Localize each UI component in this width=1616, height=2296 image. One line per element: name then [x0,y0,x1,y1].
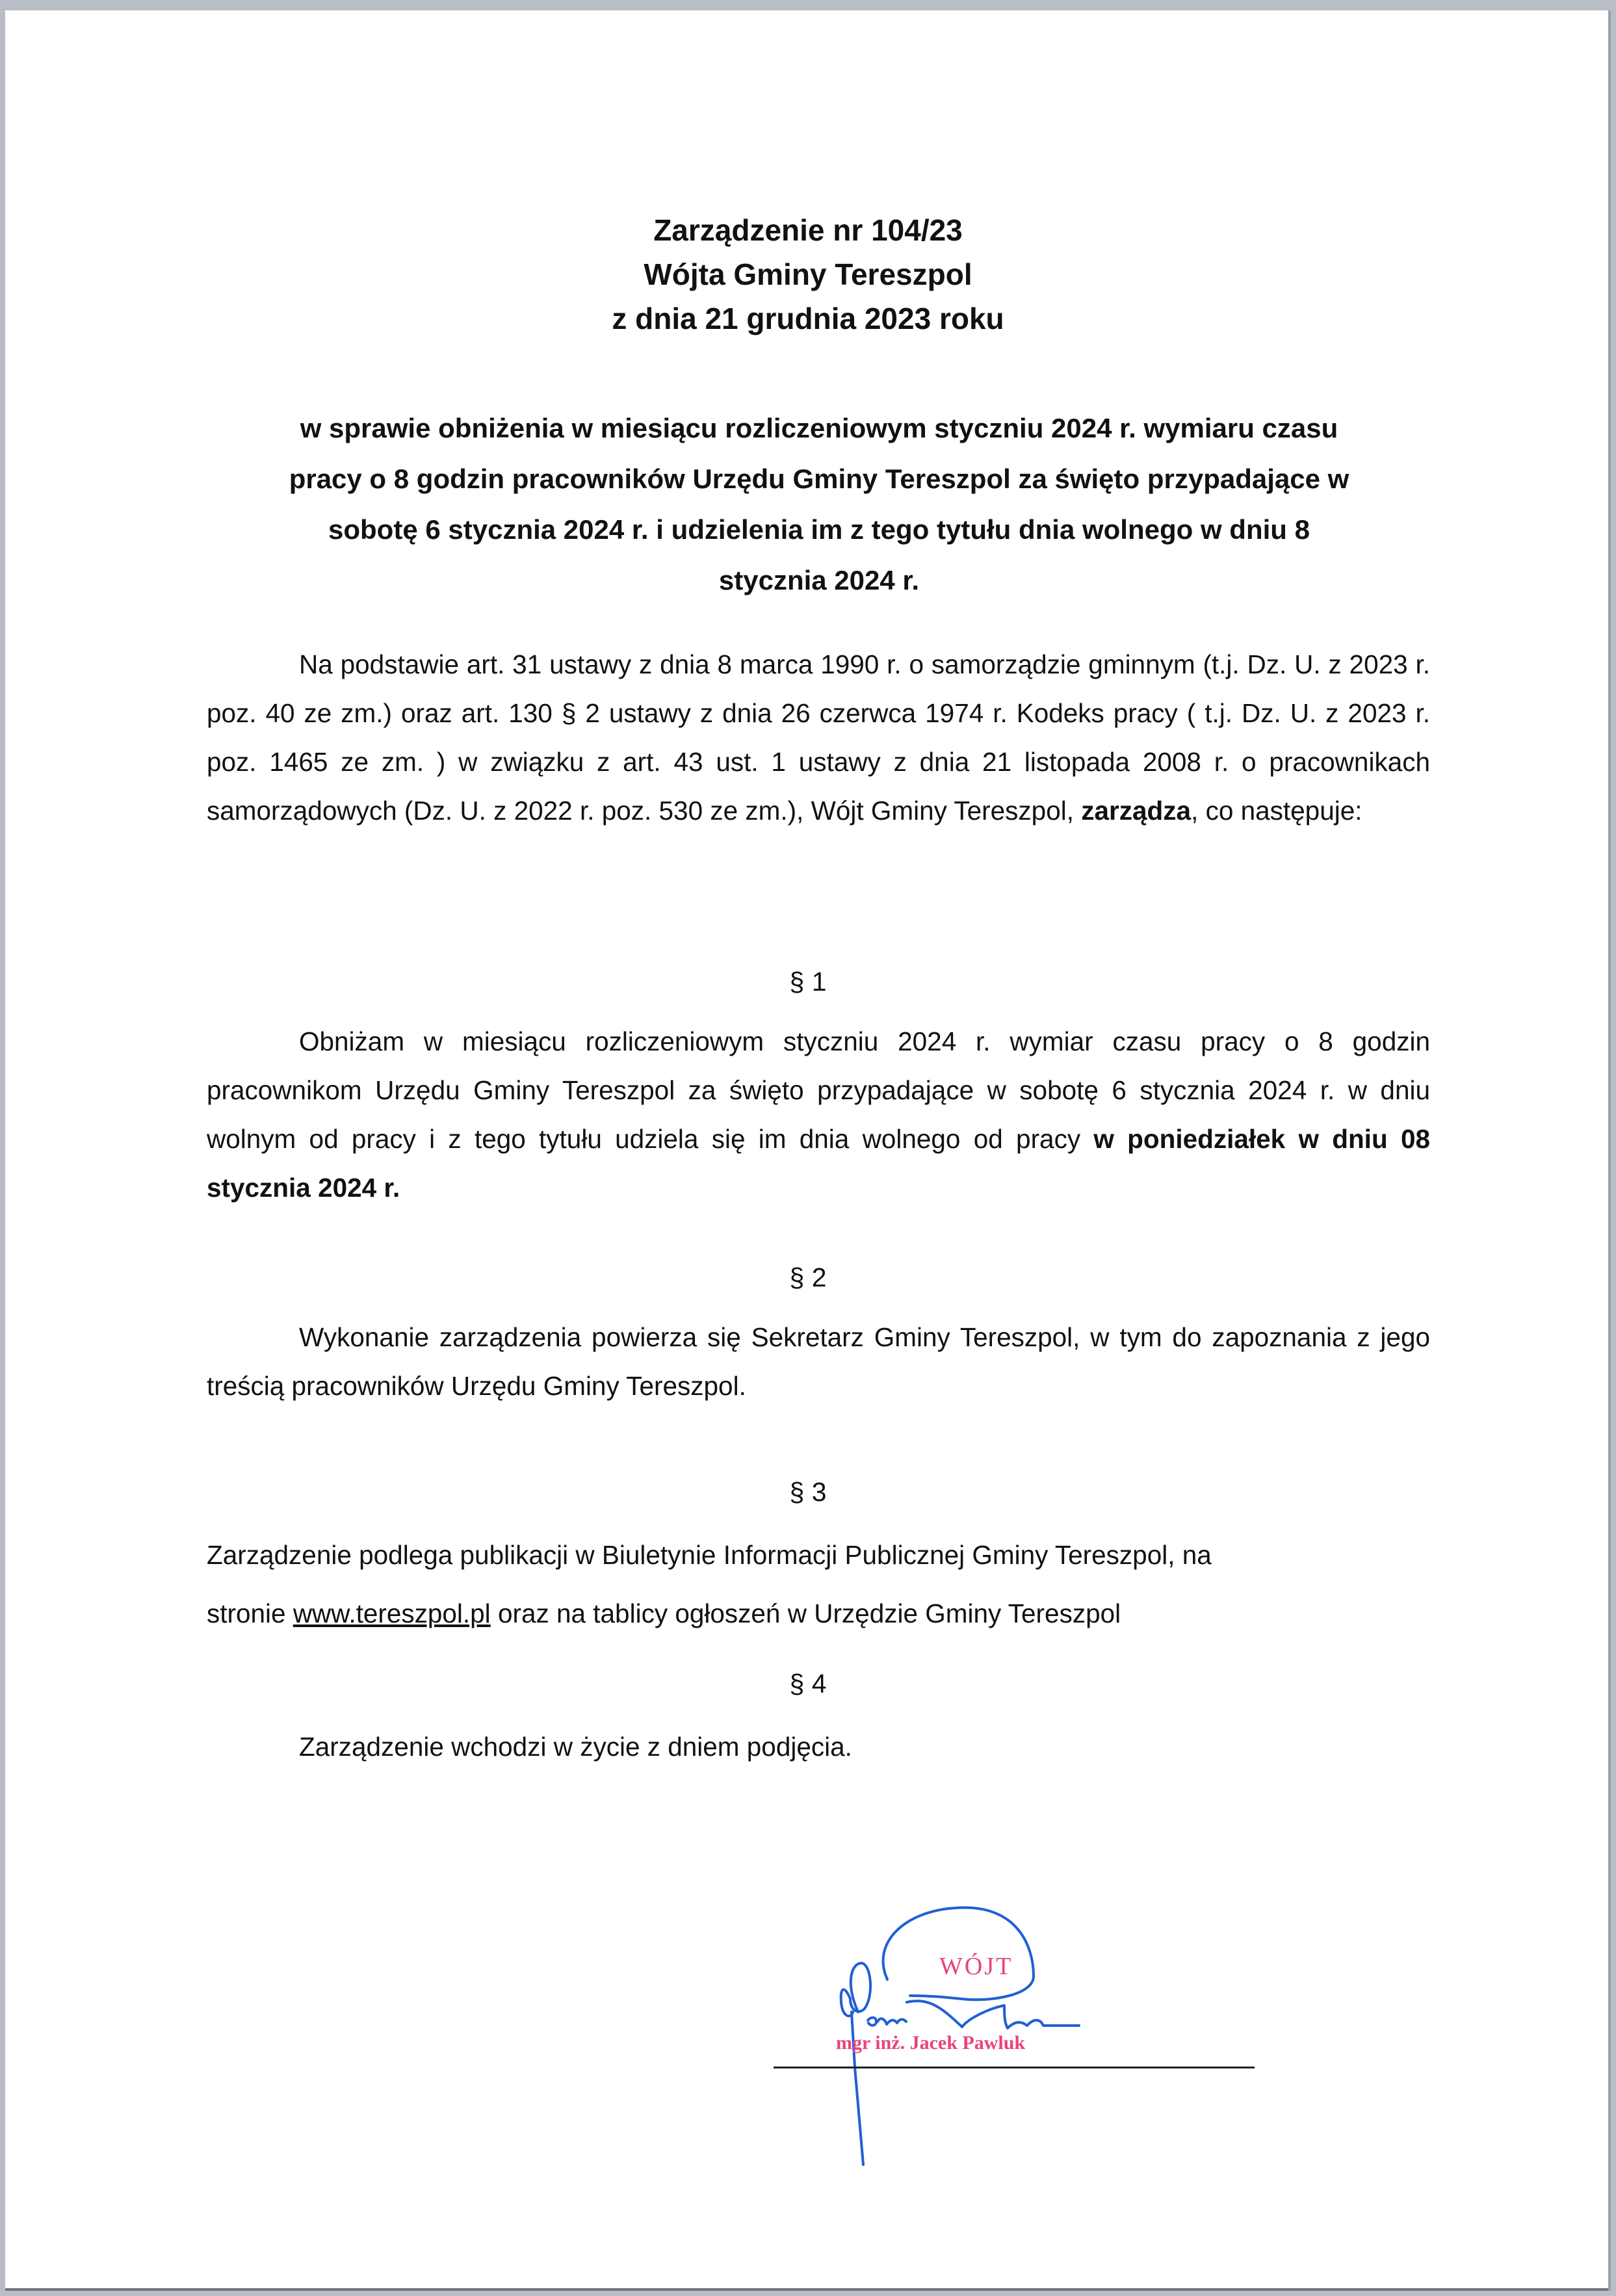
subject-line-4: stycznia 2024 r. [234,555,1404,606]
section-2-paragraph: Wykonanie zarządzenia powierza się Sekre… [207,1313,1430,1411]
stamp-title: WÓJT [939,1953,1013,1980]
document-title: Zarządzenie nr 104/23 Wójta Gminy Teresz… [0,208,1616,341]
section-3-heading: § 3 [0,1472,1616,1511]
signature-line [774,2067,1255,2068]
subject-line-3: sobotę 6 stycznia 2024 r. i udzielenia i… [234,504,1404,555]
section-1-paragraph: Obniżam w miesiącu rozliczeniowym styczn… [207,1017,1430,1212]
website-link[interactable]: www.tereszpol.pl [293,1598,491,1628]
section-3-line-2-before: stronie [207,1598,293,1628]
preamble-paragraph: Na podstawie art. 31 ustawy z dnia 8 mar… [207,640,1430,835]
section-2-heading: § 2 [0,1258,1616,1297]
title-line-3: z dnia 21 grudnia 2023 roku [0,296,1616,341]
section-4-text: Zarządzenie wchodzi w życie z dniem podj… [207,1723,1430,1771]
document-subject: w sprawie obniżenia w miesiącu rozliczen… [234,403,1404,606]
subject-line-2: pracy o 8 godzin pracowników Urzędu Gmin… [234,454,1404,504]
section-3-line-2: stronie www.tereszpol.pl oraz na tablicy… [207,1587,1430,1639]
title-line-2: Wójta Gminy Tereszpol [0,252,1616,296]
stamp-name: mgr inż. Jacek Pawluk [836,2032,1025,2054]
section-3-paragraph: Zarządzenie podlega publikacji w Biulety… [207,1529,1430,1639]
section-3-line-1: Zarządzenie podlega publikacji w Biulety… [207,1529,1430,1581]
preamble-tail: , co następuje: [1191,796,1362,826]
title-line-1: Zarządzenie nr 104/23 [0,208,1616,252]
section-4-heading: § 4 [0,1664,1616,1703]
section-4-paragraph: Zarządzenie wchodzi w życie z dniem podj… [207,1723,1430,1771]
section-3-line-2-after: oraz na tablicy ogłoszeń w Urzędzie Gmin… [491,1598,1121,1628]
subject-line-1: w sprawie obniżenia w miesiącu rozliczen… [234,403,1404,454]
handwritten-signature-icon: WÓJT mgr inż. Jacek Pawluk [748,1872,1268,2171]
section-2-text: Wykonanie zarządzenia powierza się Sekre… [207,1313,1430,1411]
section-1-heading: § 1 [0,962,1616,1001]
preamble-bold: zarządza [1081,796,1191,826]
